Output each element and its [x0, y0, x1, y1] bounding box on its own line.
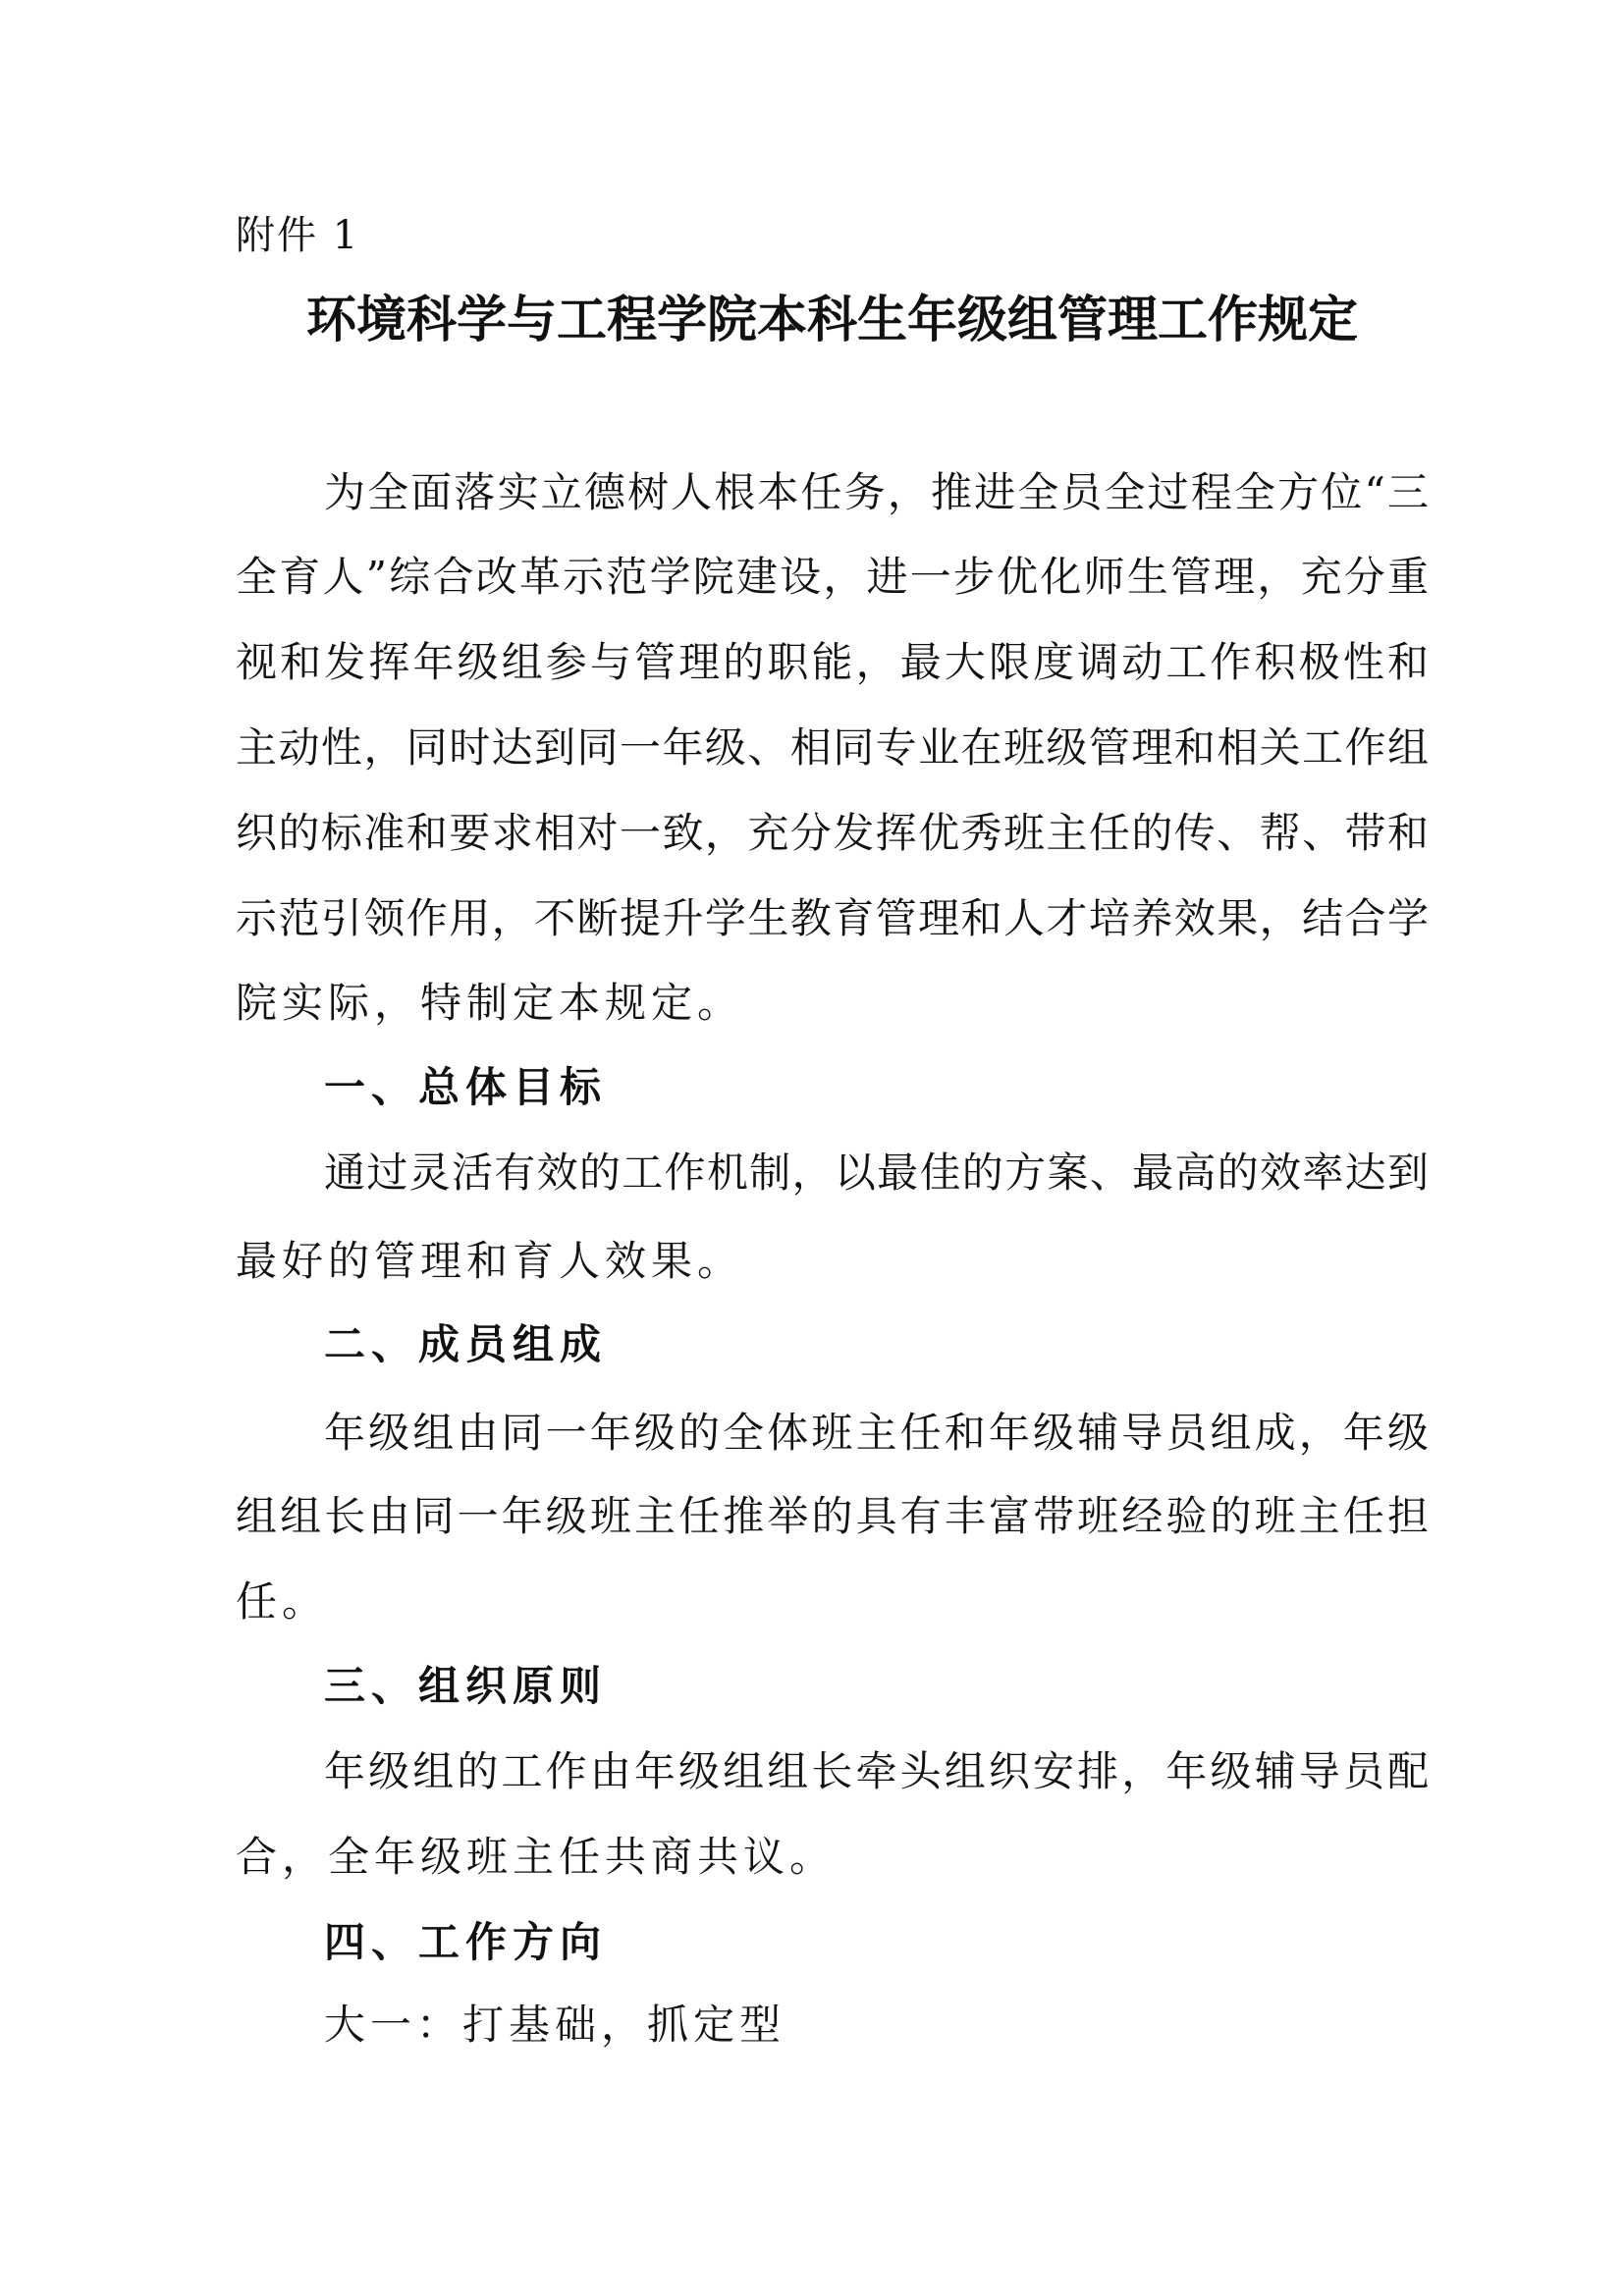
paragraph-line: 组组长由同一年级班主任推举的具有丰富带班经验的班主任担: [236, 1487, 1429, 1546]
paragraph-line: 为全面落实立德树人根本任务，推进全员全过程全方位“三: [324, 463, 1429, 522]
paragraph-line: 通过灵活有效的工作机制，以最佳的方案、最高的效率达到: [324, 1144, 1429, 1202]
paragraph-line: 视和发挥年级组参与管理的职能，最大限度调动工作积极性和: [236, 633, 1429, 692]
paragraph-line: 院实际，特制定本规定。: [236, 974, 1429, 1033]
paragraph-line: 合，全年级班主任共商共议。: [236, 1828, 1429, 1887]
paragraph-line: 织的标准和要求相对一致，充分发挥优秀班主任的传、帮、带和: [236, 804, 1429, 863]
paragraph-line: 大一：打基础，抓定型: [324, 1996, 1429, 2055]
section-heading: 一、总体目标: [324, 1058, 1429, 1117]
paragraph-line: 示范引领作用，不断提升学生教育管理和人才培养效果，结合学: [236, 889, 1429, 948]
paragraph-line: 最好的管理和育人效果。: [236, 1232, 1429, 1291]
paragraph-line: 任。: [236, 1573, 1429, 1631]
paragraph-line: 主动性，同时达到同一年级、相同专业在班级管理和相关工作组: [236, 719, 1429, 777]
section-heading: 三、组织原则: [324, 1657, 1429, 1716]
document-page: 附件 1 环境科学与工程学院本科生年级组管理工作规定 为全面落实立德树人根本任务…: [0, 0, 1624, 2296]
section-heading: 二、成员组成: [324, 1315, 1429, 1374]
paragraph-line: 全育人”综合改革示范学院建设，进一步优化师生管理，充分重: [236, 548, 1429, 607]
section-heading: 四、工作方向: [324, 1913, 1429, 1972]
paragraph-line: 年级组由同一年级的全体班主任和年级辅导员组成，年级: [324, 1404, 1429, 1463]
document-title: 环境科学与工程学院本科生年级组管理工作规定: [236, 291, 1429, 349]
attachment-label: 附件 1: [236, 210, 359, 261]
paragraph-line: 年级组的工作由年级组组长牵头组织安排，年级辅导员配: [324, 1742, 1429, 1801]
